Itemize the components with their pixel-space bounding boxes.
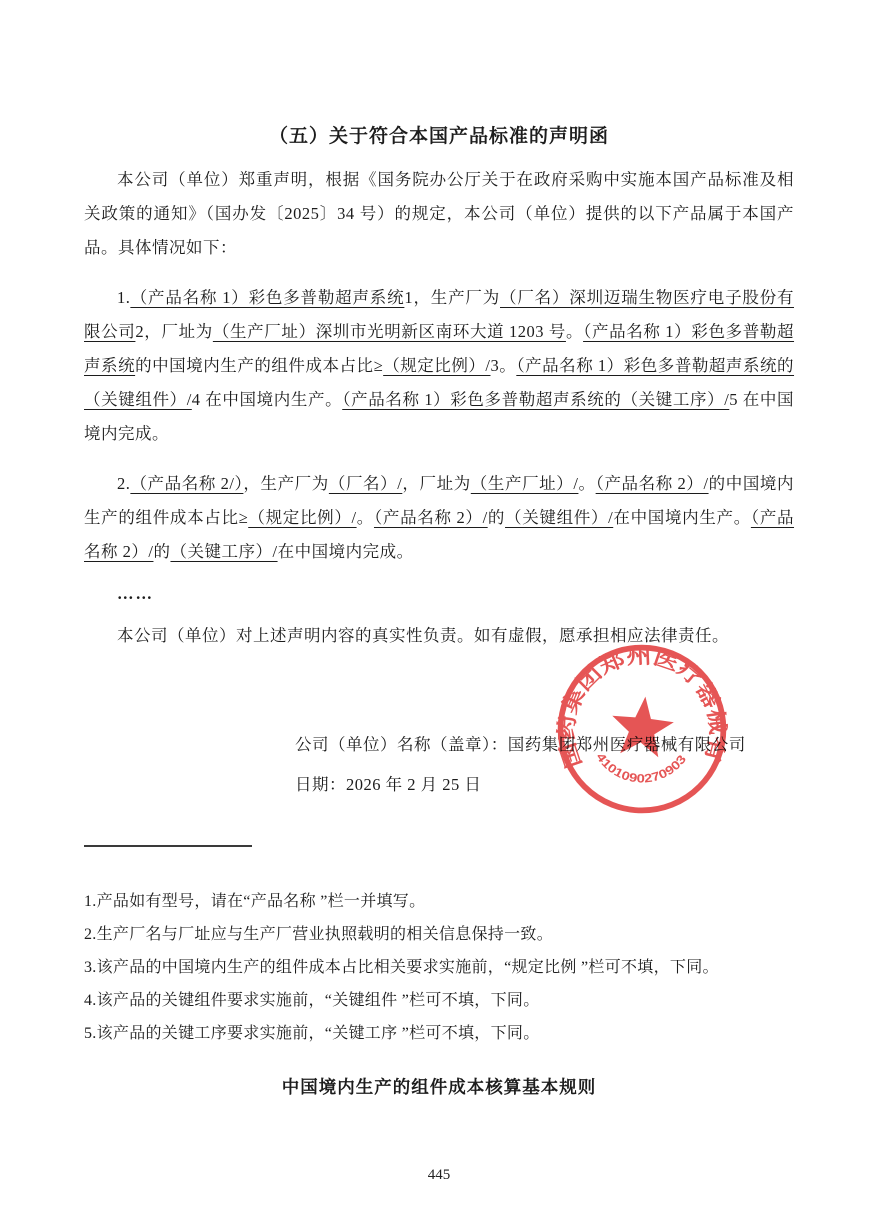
signature-block: 公司（单位）名称（盖章）：国药集团郑州医疗器械有限公司 日期：2026 年 2 … <box>295 725 794 805</box>
next-section-heading: 中国境内生产的组件成本核算基本规则 <box>84 1070 794 1104</box>
footnote-4: 4.该产品的关键组件要求实施前，“关键组件 ”栏可不填，下同。 <box>84 984 794 1017</box>
footnote-separator <box>84 845 252 847</box>
document-content: （五）关于符合本国产品标准的声明函 本公司（单位）郑重声明，根据《国务院办公厅关… <box>0 120 878 1104</box>
company-name-value: 国药集团郑州医疗器械有限公司 <box>508 735 746 754</box>
date-value: 2026 年 2 月 25 日 <box>346 775 481 794</box>
declaration-title: （五）关于符合本国产品标准的声明函 <box>84 120 794 154</box>
page-number: 445 <box>0 1167 878 1184</box>
date-label: 日期： <box>295 775 346 794</box>
footnote-2: 2.生产厂名与厂址应与生产厂营业执照载明的相关信息保持一致。 <box>84 918 794 951</box>
footnote-1: 1.产品如有型号，请在“产品名称 ”栏一并填写。 <box>84 885 794 918</box>
product-item-2: 2.（产品名称 2/），生产厂为（厂名）/，厂址为（生产厂址）/。（产品名称 2… <box>84 467 794 569</box>
company-name-label: 公司（单位）名称（盖章）： <box>295 735 508 754</box>
intro-paragraph: 本公司（单位）郑重声明，根据《国务院办公厅关于在政府采购中实施本国产品标准及相关… <box>84 163 794 265</box>
footnote-5: 5.该产品的关键工序要求实施前，“关键工序 ”栏可不填，下同。 <box>84 1017 794 1050</box>
document-page: （五）关于符合本国产品标准的声明函 本公司（单位）郑重声明，根据《国务院办公厅关… <box>0 0 878 1206</box>
ellipsis-line: …… <box>84 577 794 611</box>
company-name-line: 公司（单位）名称（盖章）：国药集团郑州医疗器械有限公司 <box>295 725 794 765</box>
date-line: 日期：2026 年 2 月 25 日 <box>295 765 794 805</box>
footnotes-block: 1.产品如有型号，请在“产品名称 ”栏一并填写。 2.生产厂名与厂址应与生产厂营… <box>84 885 794 1050</box>
footnote-3: 3.该产品的中国境内生产的组件成本占比相关要求实施前，“规定比例 ”栏可不填，下… <box>84 951 794 984</box>
responsibility-statement: 本公司（单位）对上述声明内容的真实性负责。如有虚假，愿承担相应法律责任。 <box>84 619 794 653</box>
product-item-1: 1.（产品名称 1）彩色多普勒超声系统1，生产厂为（厂名）深圳迈瑞生物医疗电子股… <box>84 281 794 451</box>
